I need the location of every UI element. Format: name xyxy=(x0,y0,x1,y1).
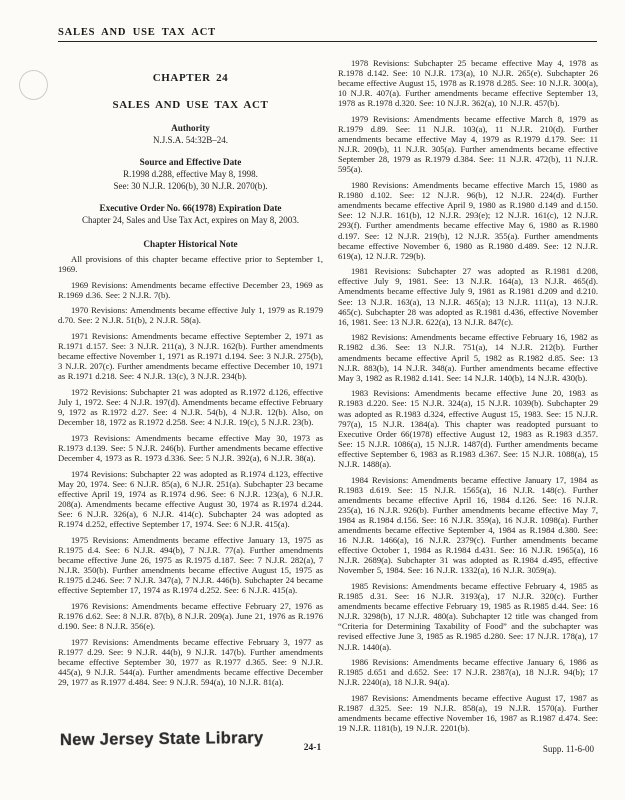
front-matter: CHAPTER 24 SALES AND USE TAX ACT Authori… xyxy=(58,72,323,249)
revision-paragraph: 1983 Revisions: Amendments became effect… xyxy=(338,388,598,469)
revision-paragraph: 1978 Revisions: Subchapter 25 became eff… xyxy=(338,58,598,108)
source-line: See: 30 N.J.R. 1206(b), 30 N.J.R. 2070(b… xyxy=(58,181,323,192)
revision-paragraph: 1977 Revisions: Amendments became effect… xyxy=(58,637,323,687)
page-number: 24-1 xyxy=(0,743,625,753)
source-line: R.1998 d.288, effective May 8, 1998. xyxy=(58,169,323,180)
revision-paragraph: All provisions of this chapter became ef… xyxy=(58,254,323,274)
revision-paragraph: 1971 Revisions: Amendments became effect… xyxy=(58,331,323,381)
historical-note-heading: Chapter Historical Note xyxy=(58,239,323,249)
historical-note-right-paragraphs: 1978 Revisions: Subchapter 25 became eff… xyxy=(338,58,598,733)
revision-paragraph: 1972 Revisions: Subchapter 21 was adopte… xyxy=(58,387,323,427)
historical-note-left-paragraphs: All provisions of this chapter became ef… xyxy=(58,254,323,687)
source-section: Source and Effective Date R.1998 d.288, … xyxy=(58,157,323,191)
document-page: SALES AND USE TAX ACT CHAPTER 24 SALES A… xyxy=(0,0,625,800)
executive-order-heading: Executive Order No. 66(1978) Expiration … xyxy=(58,203,323,213)
revision-paragraph: 1980 Revisions: Amendments became effect… xyxy=(338,180,598,261)
revision-paragraph: 1982 Revisions: Amendments became effect… xyxy=(338,332,598,382)
left-column: CHAPTER 24 SALES AND USE TAX ACT Authori… xyxy=(58,50,323,739)
revision-paragraph: 1985 Revisions: Amendments became effect… xyxy=(338,581,598,652)
revision-paragraph: 1981 Revisions: Subchapter 27 was adopte… xyxy=(338,266,598,327)
right-column: 1978 Revisions: Subchapter 25 became eff… xyxy=(338,50,598,739)
authority-section: Authority N.J.S.A. 54:32B–24. xyxy=(58,123,323,145)
revision-paragraph: 1986 Revisions: Amendments became effect… xyxy=(338,657,598,687)
running-header-title: SALES AND USE TAX ACT xyxy=(58,27,597,38)
revision-paragraph: 1974 Revisions: Subchapter 22 was adopte… xyxy=(58,469,323,530)
authority-citation: N.J.S.A. 54:32B–24. xyxy=(58,135,323,146)
revision-paragraph: 1987 Revisions: Amendments became effect… xyxy=(338,693,598,733)
revision-paragraph: 1979 Revisions: Amendments became effect… xyxy=(338,114,598,175)
source-heading: Source and Effective Date xyxy=(58,157,323,167)
running-header: SALES AND USE TAX ACT xyxy=(58,27,597,42)
authority-heading: Authority xyxy=(58,123,323,133)
revision-paragraph: 1984 Revisions: Amendments became effect… xyxy=(338,475,598,576)
executive-order-text: Chapter 24, Sales and Use Tax Act, expir… xyxy=(58,215,323,226)
source-lines: R.1998 d.288, effective May 8, 1998.See:… xyxy=(58,169,323,192)
supplement-date: Supp. 11-6-00 xyxy=(543,744,594,754)
chapter-title: SALES AND USE TAX ACT xyxy=(58,99,323,111)
two-column-body: CHAPTER 24 SALES AND USE TAX ACT Authori… xyxy=(58,50,598,739)
chapter-number-heading: CHAPTER 24 xyxy=(58,72,323,84)
revision-paragraph: 1969 Revisions: Amendments became effect… xyxy=(58,280,323,300)
revision-paragraph: 1970 Revisions: Amendments became effect… xyxy=(58,305,323,325)
revision-paragraph: 1973 Revisions: Amendments became effect… xyxy=(58,433,323,463)
revision-paragraph: 1975 Revisions: Amendments became effect… xyxy=(58,535,323,596)
punch-hole-mark xyxy=(19,70,48,100)
revision-paragraph: 1976 Revisions: Amendments became effect… xyxy=(58,601,323,631)
executive-order-section: Executive Order No. 66(1978) Expiration … xyxy=(58,203,323,225)
header-rule xyxy=(58,41,597,42)
